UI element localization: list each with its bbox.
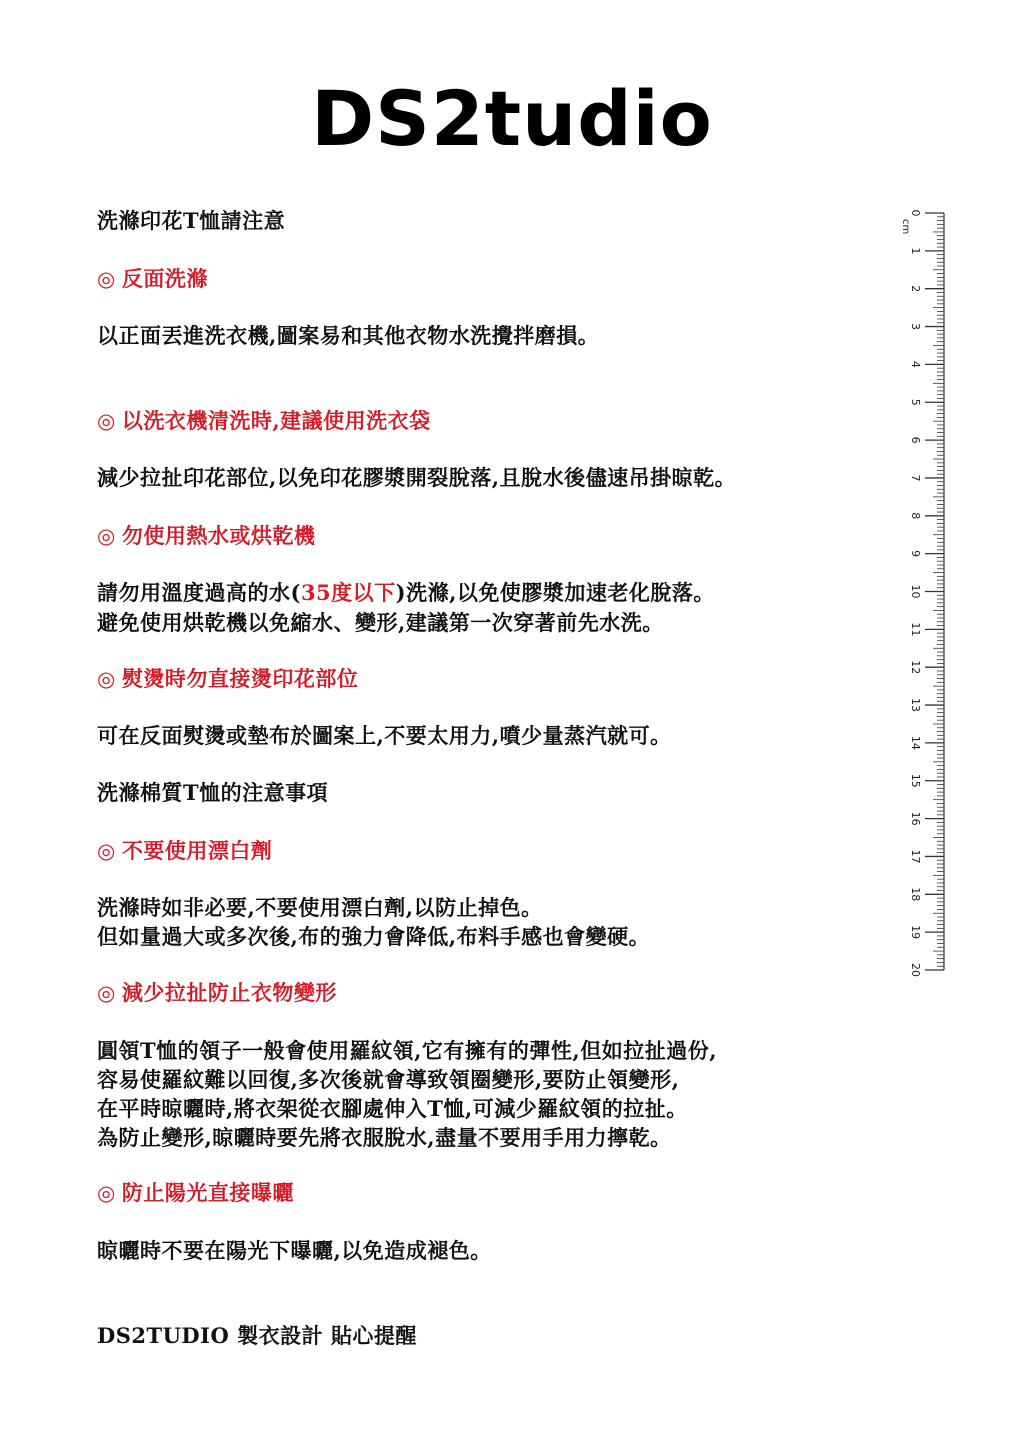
svg-text:2: 2 [909, 285, 922, 292]
item-body: 減少拉扯印花部位,以免印花膠漿開裂脫落,且脫水後儘速吊掛晾乾。 [97, 463, 736, 493]
ruler-graphic: 01234567891011121314151617181920cm [895, 200, 955, 990]
item-heading-text: 以洗衣機清洗時,建議使用洗衣袋 [122, 408, 431, 433]
svg-text:6: 6 [909, 437, 922, 444]
item-body: 晾曬時不要在陽光下曝曬,以免造成褪色。 [97, 1236, 492, 1266]
footer-signature: DS2TUDIO 製衣設計 貼心提醒 [97, 1321, 417, 1351]
item-body: 可在反面熨燙或墊布於圖案上,不要太用力,噴少量蒸汽就可。 [97, 721, 672, 751]
item-body: 圓領T恤的領子一般會使用羅紋領,它有擁有的彈性,但如拉扯過份, [97, 1036, 717, 1066]
svg-text:13: 13 [909, 698, 922, 712]
item-heading-text: 減少拉扯防止衣物變形 [122, 980, 337, 1005]
svg-text:19: 19 [909, 925, 922, 939]
item-heading: ◎不要使用漂白劑 [97, 836, 272, 866]
double-circle-icon: ◎ [97, 409, 116, 433]
item-heading-text: 防止陽光直接曝曬 [122, 1180, 294, 1205]
item-body: 為防止變形,晾曬時要先將衣服脫水,盡量不要用手用力擰乾。 [97, 1123, 672, 1153]
section-title-cotton-tee: 洗滌棉質T恤的注意事項 [97, 778, 328, 808]
item-heading: ◎反面洗滌 [97, 264, 208, 294]
svg-text:14: 14 [909, 736, 922, 750]
svg-text:10: 10 [909, 585, 922, 599]
svg-text:18: 18 [909, 887, 922, 901]
svg-text:15: 15 [909, 774, 922, 788]
svg-text:4: 4 [909, 361, 922, 368]
double-circle-icon: ◎ [97, 1181, 116, 1205]
double-circle-icon: ◎ [97, 524, 116, 548]
item-heading-text: 勿使用熱水或烘乾機 [122, 523, 316, 548]
temperature-highlight: 35度以下 [301, 580, 396, 605]
item-body: 請勿用溫度過高的水(35度以下)洗滌,以免使膠漿加速老化脫落。 [97, 578, 715, 608]
item-heading: ◎熨燙時勿直接燙印花部位 [97, 664, 358, 694]
svg-text:16: 16 [909, 812, 922, 826]
svg-text:1: 1 [909, 247, 922, 254]
brand-logo: DS2tudio [0, 74, 1024, 164]
svg-text:20: 20 [909, 963, 922, 977]
item-body: 避免使用烘乾機以免縮水、變形,建議第一次穿著前先水洗。 [97, 608, 664, 638]
double-circle-icon: ◎ [97, 267, 116, 291]
svg-text:cm: cm [900, 219, 911, 234]
item-heading: ◎減少拉扯防止衣物變形 [97, 978, 337, 1008]
double-circle-icon: ◎ [97, 667, 116, 691]
svg-text:12: 12 [909, 660, 922, 674]
svg-text:8: 8 [909, 512, 922, 519]
item-heading-text: 反面洗滌 [122, 266, 208, 291]
double-circle-icon: ◎ [97, 839, 116, 863]
double-circle-icon: ◎ [97, 981, 116, 1005]
item-body: 以正面丟進洗衣機,圖案易和其他衣物水洗攪拌磨損。 [97, 321, 599, 351]
centimeter-ruler: 01234567891011121314151617181920cm [895, 200, 955, 990]
item-heading-text: 熨燙時勿直接燙印花部位 [122, 666, 359, 691]
svg-text:5: 5 [909, 399, 922, 406]
item-heading: ◎勿使用熱水或烘乾機 [97, 521, 315, 551]
svg-text:17: 17 [909, 849, 922, 863]
svg-text:0: 0 [909, 210, 922, 217]
section-title-printed-tee: 洗滌印花T恤請注意 [97, 206, 285, 236]
item-heading-text: 不要使用漂白劑 [122, 838, 273, 863]
item-heading: ◎以洗衣機清洗時,建議使用洗衣袋 [97, 406, 431, 436]
item-body: 容易使羅紋難以回復,多次後就會導致領圈變形,要防止領變形, [97, 1065, 679, 1095]
svg-text:3: 3 [909, 323, 922, 330]
svg-text:11: 11 [909, 622, 922, 636]
item-body: 在平時晾曬時,將衣架從衣腳處伸入T恤,可減少羅紋領的拉扯。 [97, 1094, 688, 1124]
svg-text:9: 9 [909, 550, 922, 557]
item-body: 但如量過大或多次後,布的強力會降低,布料手感也會變硬。 [97, 922, 650, 952]
item-heading: ◎防止陽光直接曝曬 [97, 1178, 294, 1208]
svg-text:7: 7 [909, 474, 922, 481]
item-body: 洗滌時如非必要,不要使用漂白劑,以防止掉色。 [97, 893, 543, 923]
